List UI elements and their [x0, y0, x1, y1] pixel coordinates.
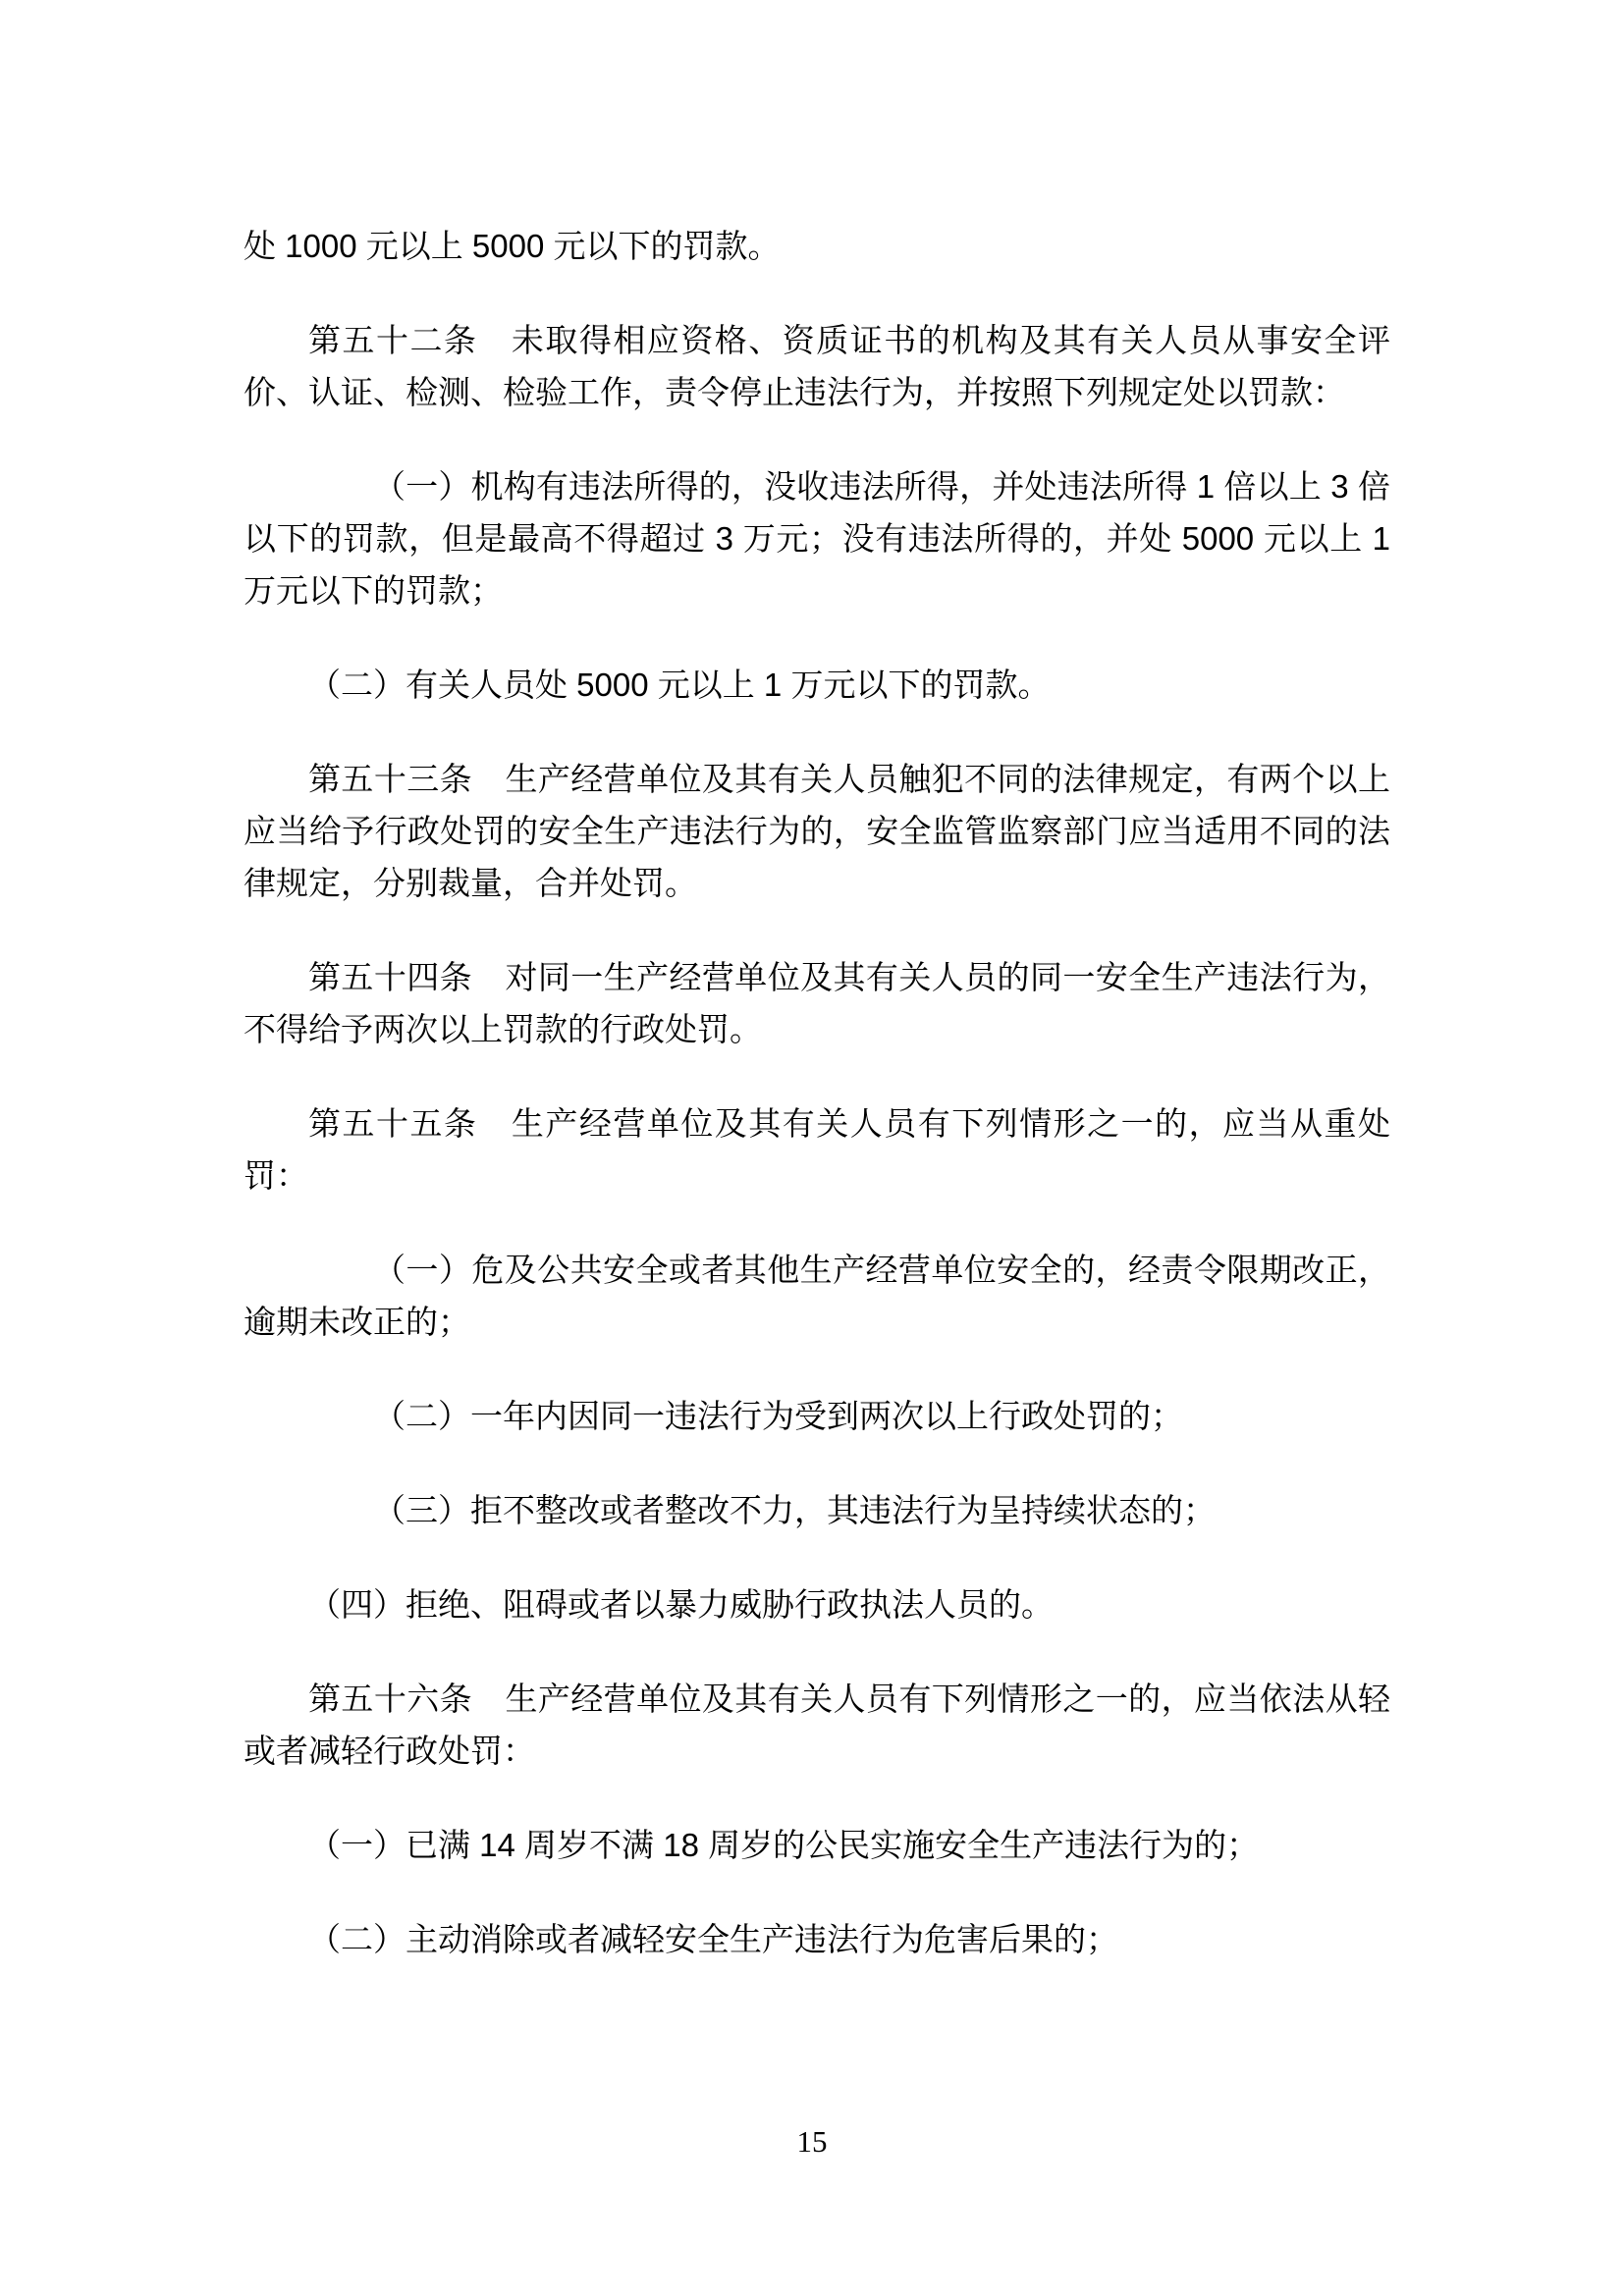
paragraph: 处 1000 元以上 5000 元以下的罚款。	[244, 220, 1390, 272]
paragraph: （一）已满 14 周岁不满 18 周岁的公民实施安全生产违法行为的；	[244, 1819, 1390, 1871]
paragraph: 第五十六条 生产经营单位及其有关人员有下列情形之一的，应当依法从轻或者减轻行政处…	[244, 1673, 1390, 1777]
paragraph: （二）一年内因同一违法行为受到两次以上行政处罚的；	[244, 1390, 1390, 1442]
paragraph: （一）危及公共安全或者其他生产经营单位安全的，经责令限期改正，逾期未改正的；	[244, 1244, 1390, 1348]
page-number: 15	[0, 2122, 1624, 2162]
document-page: 处 1000 元以上 5000 元以下的罚款。第五十二条 未取得相应资格、资质证…	[0, 0, 1624, 2296]
paragraph: （二）主动消除或者减轻安全生产违法行为危害后果的；	[244, 1913, 1390, 1965]
paragraph: 第五十三条 生产经营单位及其有关人员触犯不同的法律规定，有两个以上应当给予行政处…	[244, 753, 1390, 909]
paragraph: 第五十四条 对同一生产经营单位及其有关人员的同一安全生产违法行为，不得给予两次以…	[244, 951, 1390, 1055]
paragraph: （一）机构有违法所得的，没收违法所得，并处违法所得 1 倍以上 3 倍以下的罚款…	[244, 460, 1390, 616]
document-body: 处 1000 元以上 5000 元以下的罚款。第五十二条 未取得相应资格、资质证…	[244, 220, 1390, 2007]
paragraph: （二）有关人员处 5000 元以上 1 万元以下的罚款。	[244, 659, 1390, 711]
paragraph: 第五十五条 生产经营单位及其有关人员有下列情形之一的，应当从重处罚：	[244, 1097, 1390, 1201]
paragraph: （四）拒绝、阻碍或者以暴力威胁行政执法人员的。	[244, 1578, 1390, 1630]
paragraph: （三）拒不整改或者整改不力，其违法行为呈持续状态的；	[244, 1484, 1390, 1536]
paragraph: 第五十二条 未取得相应资格、资质证书的机构及其有关人员从事安全评价、认证、检测、…	[244, 314, 1390, 418]
